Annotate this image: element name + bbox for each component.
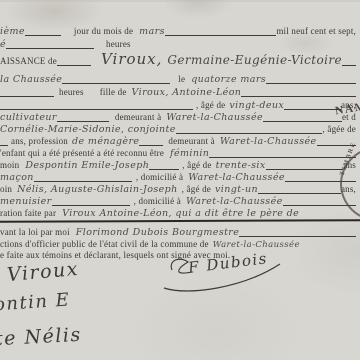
- rule-fill: [25, 35, 61, 36]
- handwritten-child-surname: Viroux,: [101, 50, 162, 68]
- rule-fill: [52, 205, 130, 206]
- printed-heures: heures: [59, 86, 84, 99]
- printed-declaration-faite-par: ration faite par: [0, 207, 56, 220]
- rule-fill: [57, 65, 91, 66]
- handwritten-child-given-names: Germaine-Eugénie-Victoire: [167, 51, 342, 68]
- rule-fill: [149, 169, 179, 170]
- rule-fill: [6, 48, 94, 49]
- rule-fill: [284, 109, 341, 110]
- line-day-month-year: ième jour du mois de mars mil neuf cent …: [0, 25, 356, 38]
- rule-fill: [266, 83, 356, 84]
- rule-fill: [342, 65, 356, 66]
- line-hour-father: heures fille de Viroux, Antoine-Léon: [0, 86, 356, 99]
- rule-fill: [258, 193, 341, 194]
- rule-fill: [165, 35, 277, 36]
- printed-year: mil neuf cent et sept,: [276, 25, 356, 38]
- printed-jour-du-mois: jour du mois de: [74, 25, 133, 38]
- rule-fill: [0, 96, 54, 97]
- handwritten-birth-date: quatorze mars: [191, 73, 266, 86]
- rule-fill: [139, 145, 163, 146]
- handwritten-declarant: Viroux Antoine-Léon, qui a dit être le p…: [62, 207, 299, 220]
- separator-rule: [0, 219, 360, 223]
- rule-fill: [263, 121, 342, 122]
- rule-fill: [176, 133, 323, 134]
- handwritten-day-ordinal: ième: [0, 25, 25, 38]
- rule-fill: [0, 145, 8, 146]
- rule-fill: [62, 83, 170, 84]
- signature-nelis: te Nélis: [0, 324, 82, 351]
- line-declaration: ration faite par Viroux Antoine-Léon, qu…: [0, 207, 356, 220]
- rule-fill: [241, 96, 356, 97]
- handwritten-place-fragment: la Chaussée: [0, 73, 62, 86]
- rule-fill: [0, 109, 193, 110]
- handwritten-month: mars: [139, 25, 165, 38]
- rule-fill: [239, 236, 356, 237]
- rule-fill: [34, 181, 132, 182]
- printed-le: le: [178, 73, 185, 86]
- rule-fill: [266, 169, 344, 170]
- handwritten-father-name: Viroux, Antoine-Léon: [132, 86, 242, 99]
- rule-fill: [209, 157, 356, 158]
- document-scan: ième jour du mois de mars mil neuf cent …: [0, 0, 360, 360]
- signature-despontin: ontin E: [0, 289, 71, 315]
- signature-viroux: Viroux: [6, 258, 80, 286]
- signature-dubois: F Dubois: [158, 250, 288, 305]
- rule-fill: [283, 205, 356, 206]
- printed-fille-de: fille de: [100, 86, 127, 99]
- line-place-date: la Chaussée le quatorze mars: [0, 73, 356, 86]
- rule-fill: [57, 121, 109, 122]
- line-birth-name: AISSANCE de Viroux, Germaine-Eugénie-Vic…: [0, 50, 356, 68]
- printed-naissance-de: AISSANCE de: [0, 52, 57, 68]
